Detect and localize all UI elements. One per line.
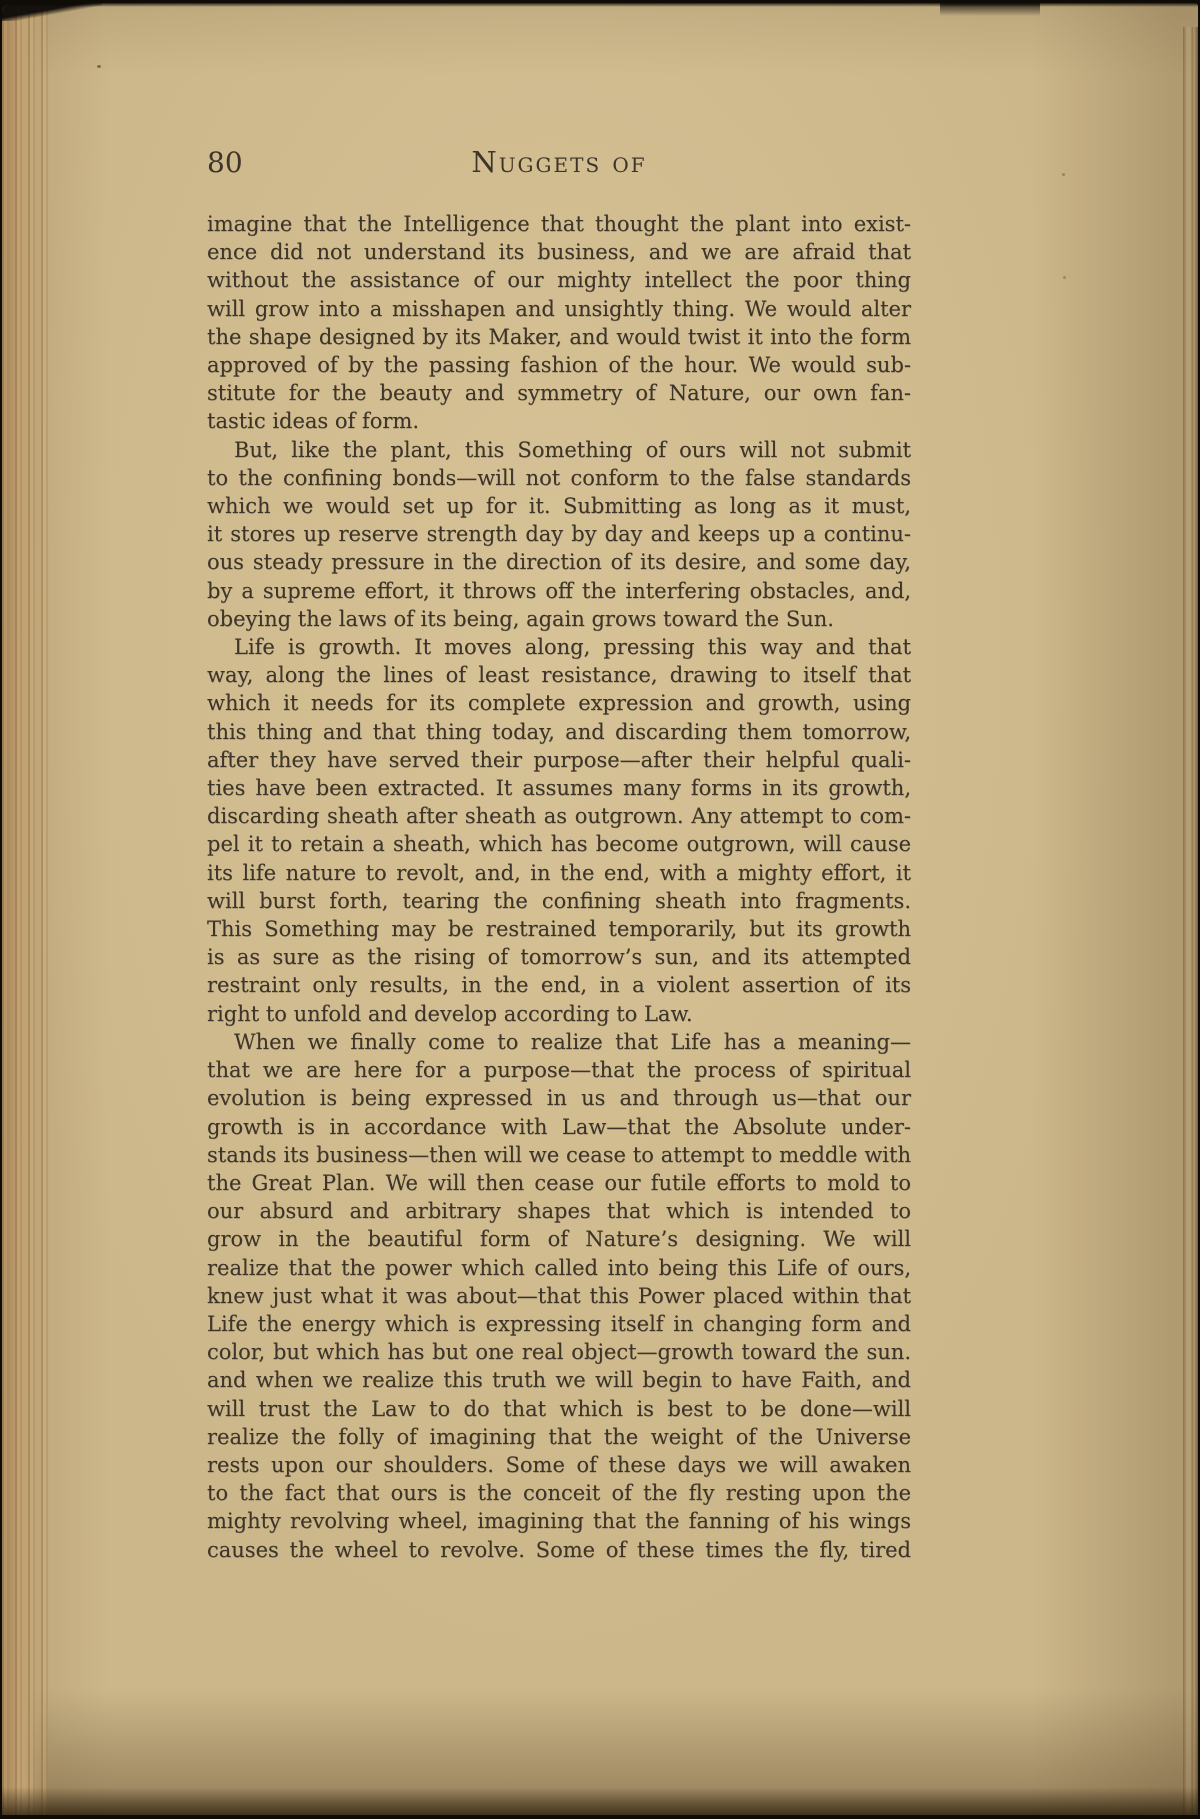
text-line: stands its business—then will we cease t… — [207, 1141, 911, 1169]
text-line: the Great Plan. We will then cease our f… — [207, 1169, 911, 1197]
text-line: growth is in accordance with Law—that th… — [207, 1113, 911, 1141]
text-line: to the fact that ours is the conceit of … — [207, 1479, 911, 1507]
scan-corner-top-left — [2, 3, 102, 21]
text-line: evolution is being expressed in us and t… — [207, 1084, 911, 1112]
text-line: stitute for the beauty and symmetry of N… — [207, 379, 911, 407]
text-line: it stores up reserve strength day by day… — [207, 520, 911, 548]
text-line: discarding sheath after sheath as outgro… — [207, 802, 911, 830]
paper-speck — [97, 65, 101, 68]
text-line: When we finally come to realize that Lif… — [207, 1028, 911, 1056]
text-line: will burst forth, tearing the confining … — [207, 887, 911, 915]
text-line: its life nature to revolt, and, in the e… — [207, 859, 911, 887]
text-line: this thing and that thing today, and dis… — [207, 718, 911, 746]
paragraph: But, like the plant, this Something of o… — [207, 436, 911, 633]
text-line: will grow into a misshapen and unsightly… — [207, 295, 911, 323]
text-line: to the confining bonds—will not conform … — [207, 464, 911, 492]
running-head: Nuggets of — [207, 146, 911, 178]
text-line: imagine that the Intelligence that thoug… — [207, 210, 911, 238]
text-line: tastic ideas of form. — [207, 407, 911, 435]
scan-backdrop: { "page": { "number": "80", "running_hea… — [0, 0, 1200, 1819]
text-line: after they have served their purpose—aft… — [207, 746, 911, 774]
text-line: causes the wheel to revolve. Some of the… — [207, 1536, 911, 1564]
page-header: 80 Nuggets of — [207, 146, 911, 180]
text-line: knew just what it was about—that this Po… — [207, 1282, 911, 1310]
text-line: that we are here for a purpose—that the … — [207, 1056, 911, 1084]
paragraph: imagine that the Intelligence that thoug… — [207, 210, 911, 436]
text-line: approved of by the passing fashion of th… — [207, 351, 911, 379]
text-line: our absurd and arbitrary shapes that whi… — [207, 1197, 911, 1225]
text-line: ous steady pressure in the direction of … — [207, 548, 911, 576]
text-line: Life is growth. It moves along, pressing… — [207, 633, 911, 661]
text-line: pel it to retain a sheath, which has bec… — [207, 830, 911, 858]
text-line: realize that the power which called into… — [207, 1254, 911, 1282]
paragraph: When we finally come to realize that Lif… — [207, 1028, 911, 1564]
text-line: But, like the plant, this Something of o… — [207, 436, 911, 464]
text-line: realize the folly of imagining that the … — [207, 1423, 911, 1451]
text-line: the shape designed by its Maker, and wou… — [207, 323, 911, 351]
text-line: ties have been extracted. It assumes man… — [207, 774, 911, 802]
paper-speck — [1063, 276, 1066, 279]
book-page: 80 Nuggets of imagine that the Intellige… — [2, 3, 1198, 1815]
body-text: imagine that the Intelligence that thoug… — [207, 210, 911, 1564]
text-line: color, but which has but one real object… — [207, 1338, 911, 1366]
text-line: restraint only results, in the end, in a… — [207, 971, 911, 999]
page-bottom-shadow — [2, 1787, 1198, 1815]
text-line: which we would set up for it. Submitting… — [207, 492, 911, 520]
text-line: way, along the lines of least resistance… — [207, 661, 911, 689]
text-line: grow in the beautiful form of Nature’s d… — [207, 1225, 911, 1253]
page-fore-edges — [2, 3, 50, 1815]
paragraph: Life is growth. It moves along, pressing… — [207, 633, 911, 1028]
text-line: obeying the laws of its being, again gro… — [207, 605, 911, 633]
text-line: which it needs for its complete expressi… — [207, 689, 911, 717]
text-line: right to unfold and develop according to… — [207, 1000, 911, 1028]
page-right-edge — [1183, 27, 1198, 1815]
text-line: will trust the Law to do that which is b… — [207, 1395, 911, 1423]
text-line: mighty revolving wheel, imagining that t… — [207, 1507, 911, 1535]
text-line: rests upon our shoulders. Some of these … — [207, 1451, 911, 1479]
text-line: is as sure as the rising of tomorrow’s s… — [207, 943, 911, 971]
text-line: without the assistance of our mighty int… — [207, 266, 911, 294]
text-line: and when we realize this truth we will b… — [207, 1366, 911, 1394]
scan-corner-top-right — [940, 3, 1040, 16]
text-line: by a supreme effort, it throws off the i… — [207, 577, 911, 605]
paper-speck — [1062, 173, 1065, 176]
text-line: This Something may be restrained tempora… — [207, 915, 911, 943]
text-line: ence did not understand its business, an… — [207, 238, 911, 266]
text-line: Life the energy which is expressing itse… — [207, 1310, 911, 1338]
